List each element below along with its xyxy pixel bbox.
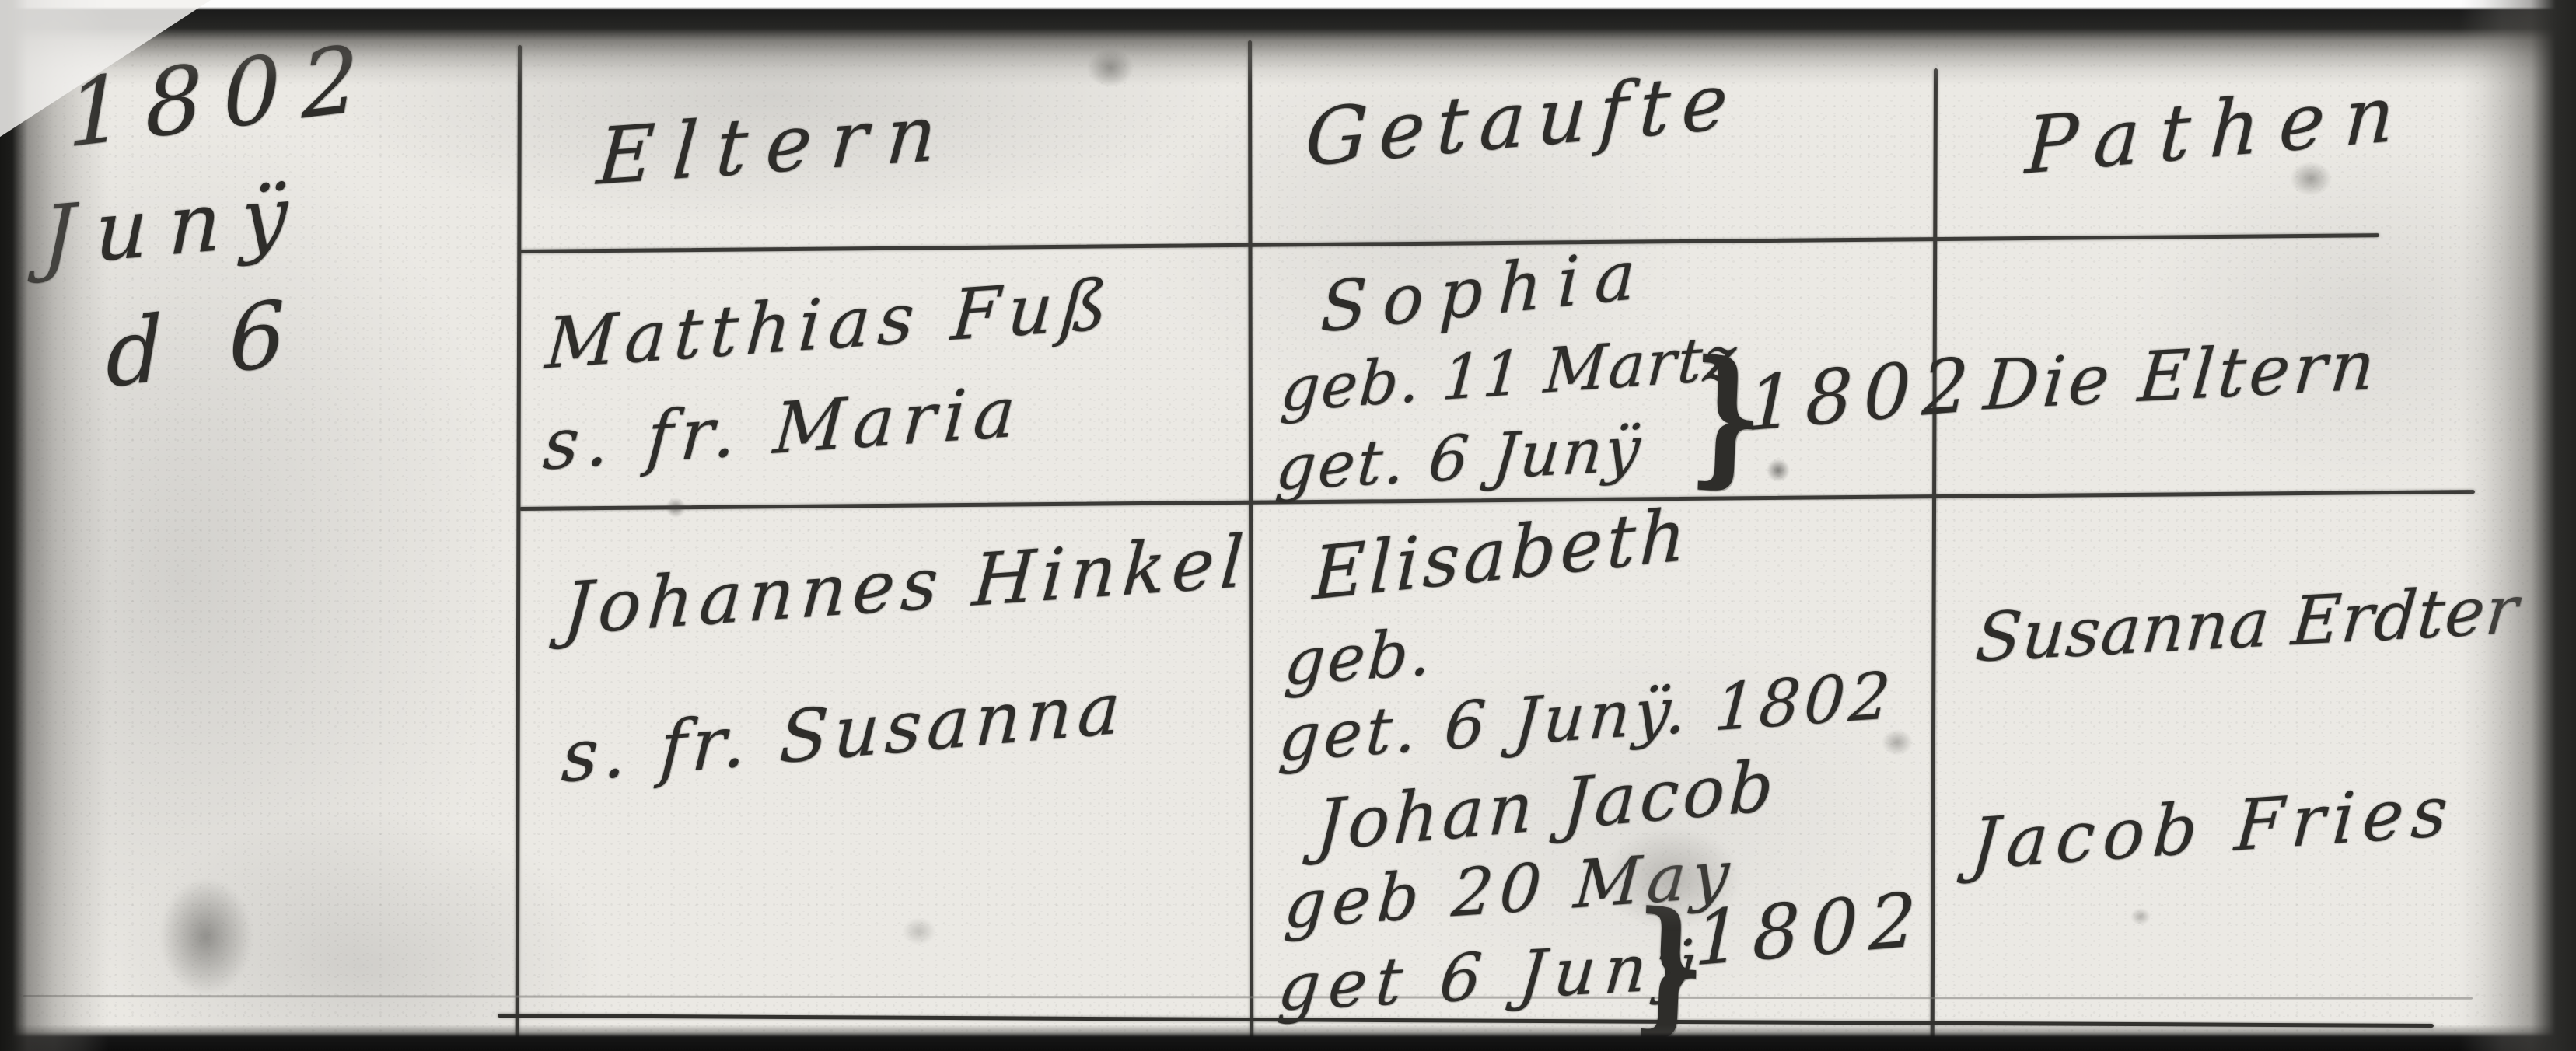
table-rule-row-divider <box>519 490 2475 511</box>
stain <box>902 917 936 945</box>
stain <box>2130 908 2151 925</box>
table-rule-header-underline <box>519 233 2379 253</box>
row1-parents-line1: Matthias Fuß <box>544 270 1117 380</box>
register-page-scan: 1802 Junÿ d 6 Eltern Getaufte Pathen Mat… <box>0 0 2576 1051</box>
scan-edge-right <box>2459 0 2576 1051</box>
row2-baptism-year: 1802 <box>1693 882 1928 977</box>
row2-child1-birthdate: geb. <box>1282 621 1435 696</box>
stain <box>1767 459 1790 482</box>
table-rule-vertical-3 <box>1931 68 1938 1039</box>
margin-day-note: d 6 <box>105 287 305 402</box>
table-rule-vertical-1 <box>516 45 522 1051</box>
row2-parents-line2: s. fr. Susanna <box>560 672 1127 794</box>
row1-baptized-name: Sophia <box>1319 239 1652 342</box>
row1-baptism-year: 1802 <box>1746 347 1980 442</box>
row1-godparents: Die Eltern <box>1981 330 2381 420</box>
row2-child1-name: Elisabeth <box>1312 498 1691 611</box>
scan-edge-left <box>0 0 109 1051</box>
row2-godparent-1: Susanna Erdter <box>1973 576 2521 672</box>
scan-edge-bottom <box>0 1025 2576 1051</box>
table-rule-bottom-faint <box>23 995 2473 1000</box>
row1-parents-line2: s. fr. Maria <box>541 377 1026 481</box>
row2-godparent-2: Jacob Fries <box>1969 776 2458 880</box>
stain <box>159 878 253 995</box>
column-header-eltern: Eltern <box>595 93 957 197</box>
row2-parents-line1: Johannes Hinkel <box>561 525 1253 645</box>
column-header-pathen: Pathen <box>2024 73 2416 185</box>
scan-edge-top <box>0 0 2576 86</box>
row1-baptized-baptismdate: get. 6 Junÿ <box>1274 417 1645 499</box>
